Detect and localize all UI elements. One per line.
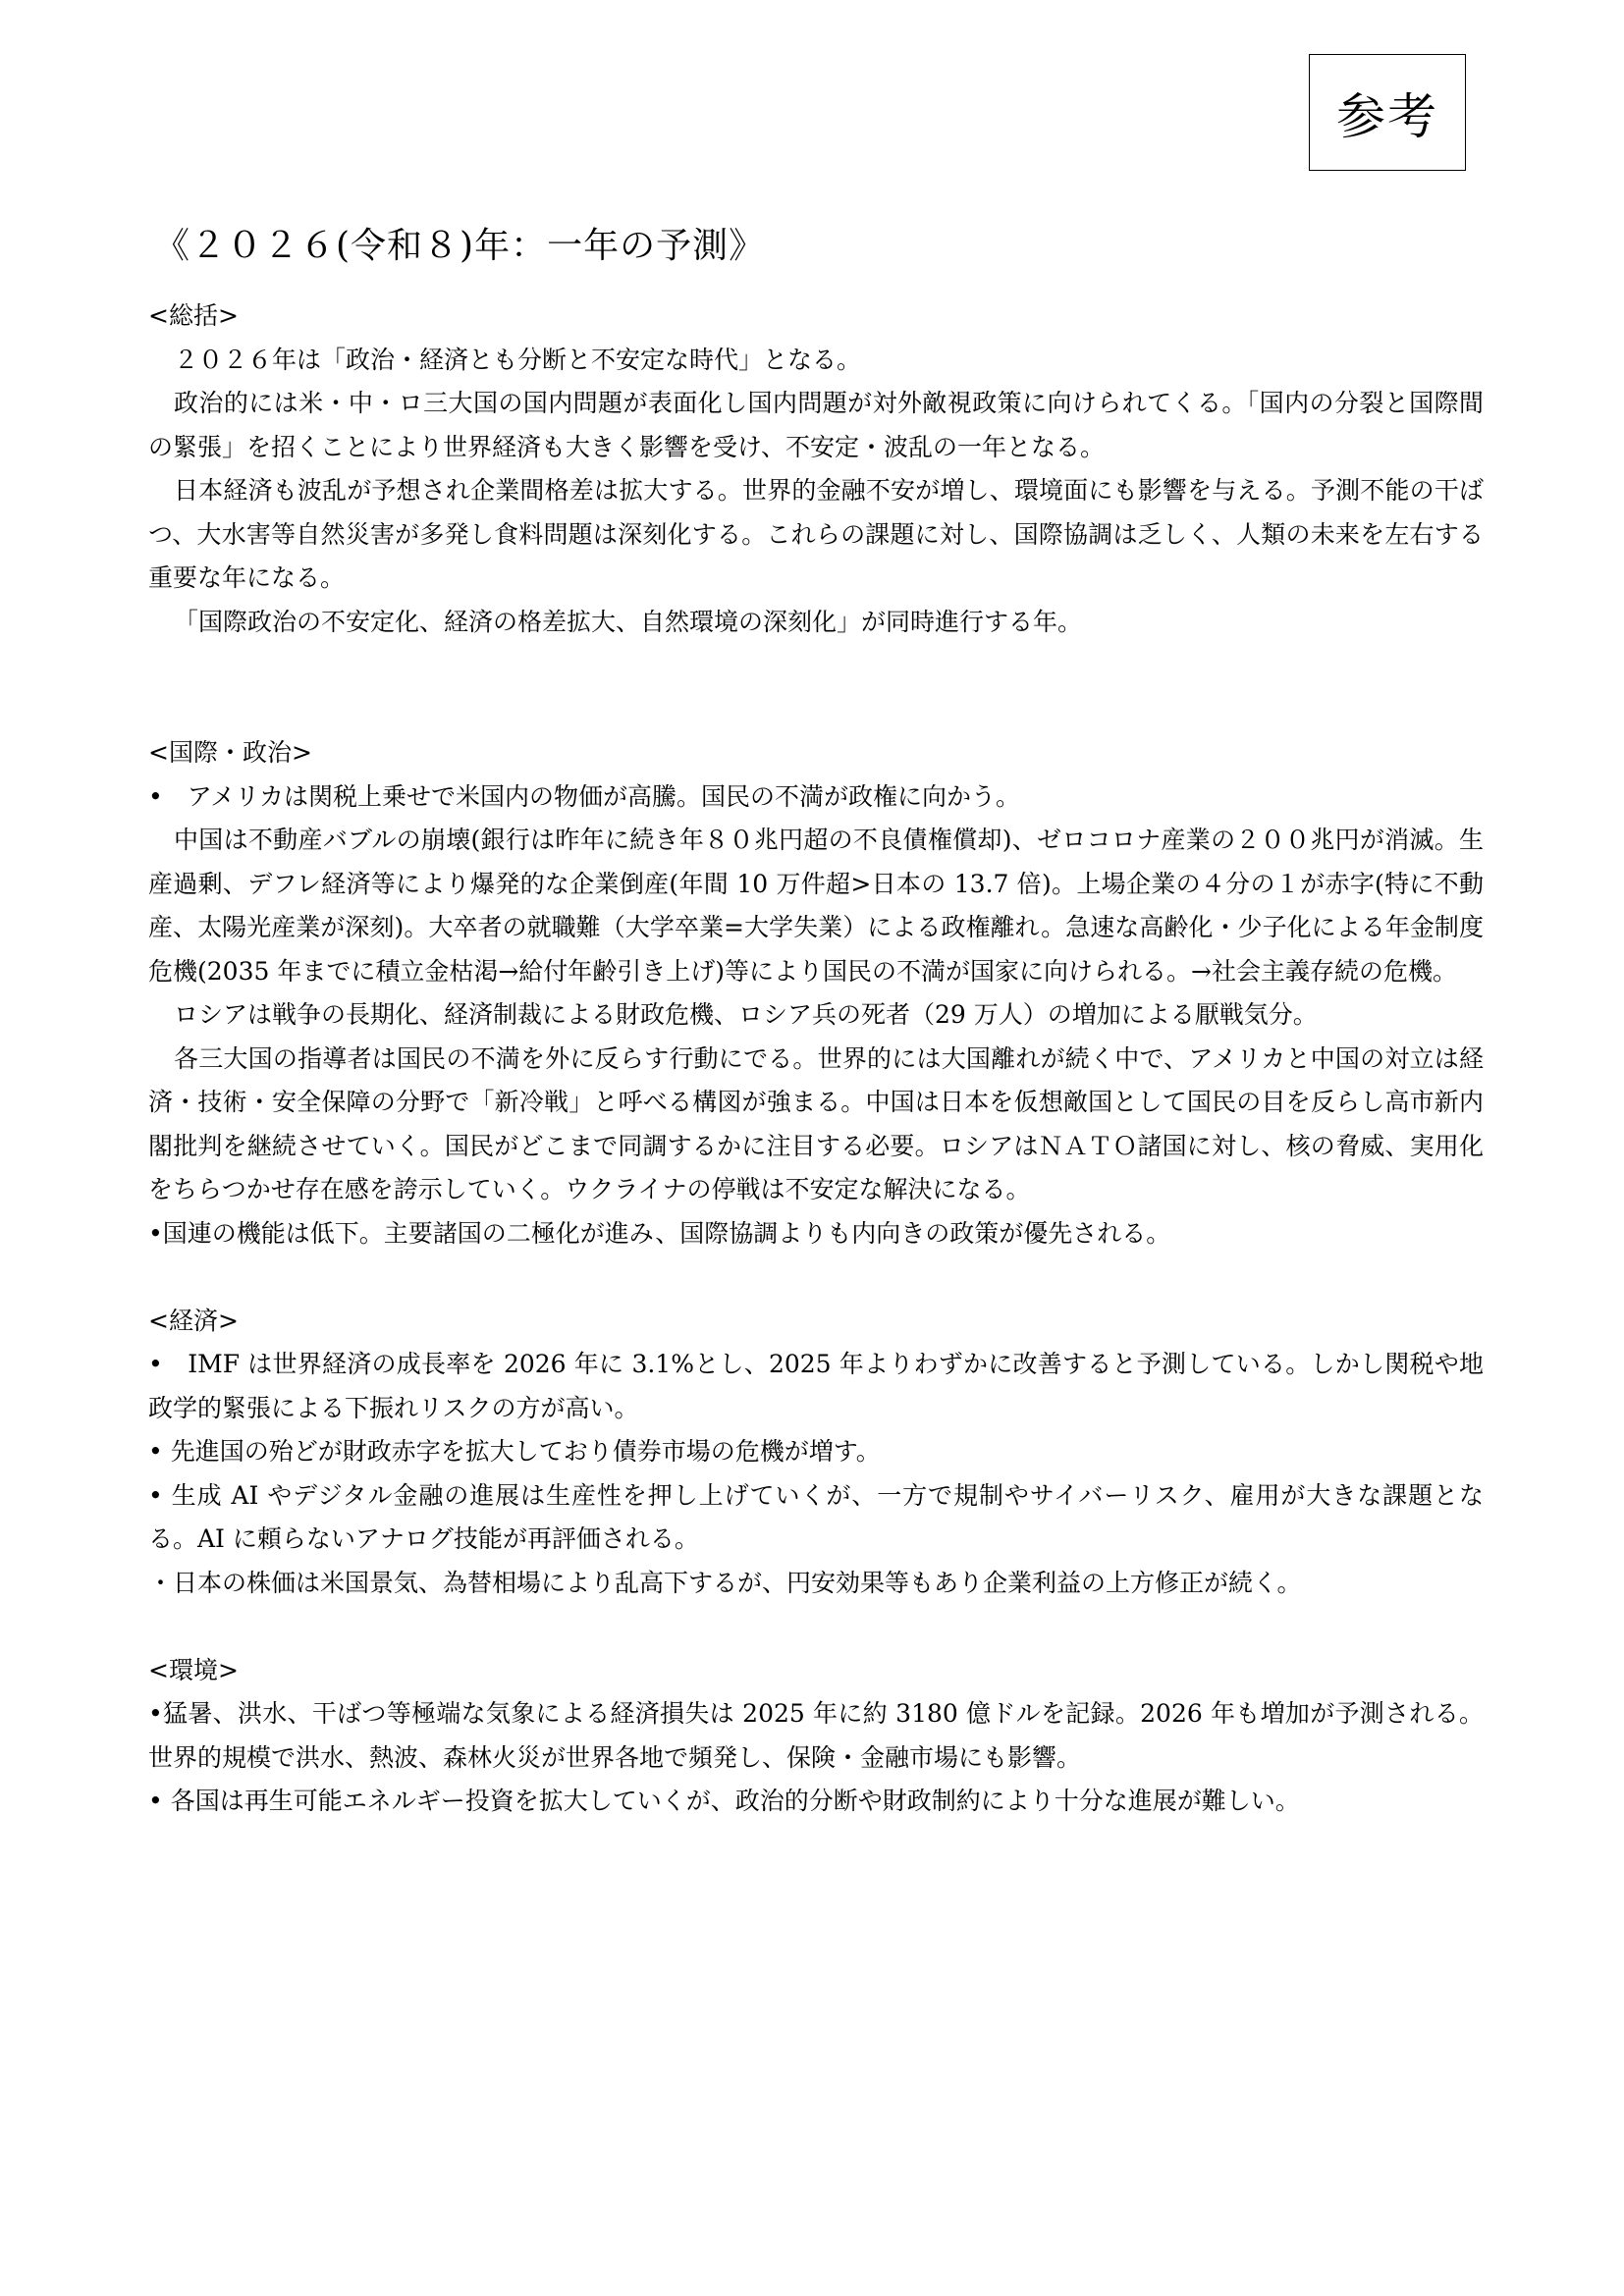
summary-paragraph: 日本経済も波乱が予想され企業間格差は拡大する。世界的金融不安が増し、環境面にも影…	[148, 469, 1484, 601]
summary-paragraph: 「国際政治の不安定化、経済の格差拡大、自然環境の深刻化」が同時進行する年。	[148, 601, 1484, 645]
politics-paragraph: 中国は不動産バブルの崩壊(銀行は昨年に続き年８０兆円超の不良債権償却)、ゼロコロ…	[148, 819, 1484, 993]
section-spacer	[148, 1605, 1484, 1649]
summary-paragraph: 政治的には米・中・ロ三大国の国内問題が表面化し国内問題が対外敵視政策に向けられて…	[148, 382, 1484, 469]
section-heading-environment: <環境>	[148, 1649, 1484, 1693]
section-summary: <総括> ２０２６年は「政治・経済とも分断と不安定な時代」となる。 政治的には米…	[148, 294, 1484, 644]
reference-stamp-label: 参考	[1336, 78, 1438, 148]
section-politics: <国際・政治> • アメリカは関税上乗せで米国内の物価が高騰。国民の不満が政権に…	[148, 731, 1484, 1255]
reference-stamp-box: 参考	[1309, 54, 1466, 171]
section-economy: <経済> • IMF は世界経済の成長率を 2026 年に 3.1%とし、202…	[148, 1300, 1484, 1606]
politics-paragraph: ロシアは戦争の長期化、経済制裁による財政危機、ロシア兵の死者（29 万人）の増加…	[148, 993, 1484, 1038]
section-spacer	[148, 688, 1484, 732]
economy-bullet-item: • 生成 AI やデジタル金融の進展は生産性を押し上げていくが、一方で規制やサイ…	[148, 1474, 1484, 1562]
economy-bullet-item: • 先進国の殆どが財政赤字を拡大しており債券市場の危機が増す。	[148, 1430, 1484, 1474]
document-body: <総括> ２０２６年は「政治・経済とも分断と不安定な時代」となる。 政治的には米…	[148, 294, 1484, 1824]
section-heading-economy: <経済>	[148, 1300, 1484, 1344]
section-spacer	[148, 644, 1484, 688]
environment-bullet-item: •猛暑、洪水、干ばつ等極端な気象による経済損失は 2025 年に約 3180 億…	[148, 1692, 1484, 1780]
politics-paragraph: 各三大国の指導者は国民の不満を外に反らす行動にでる。世界的には大国離れが続く中で…	[148, 1038, 1484, 1212]
economy-bullet-item: • IMF は世界経済の成長率を 2026 年に 3.1%とし、2025 年より…	[148, 1343, 1484, 1430]
politics-bullet-item: • アメリカは関税上乗せで米国内の物価が高騰。国民の不満が政権に向かう。	[148, 775, 1484, 820]
document-title: 《２０２６(令和８)年：一年の予測》	[154, 218, 765, 268]
summary-paragraph: ２０２６年は「政治・経済とも分断と不安定な時代」となる。	[148, 339, 1484, 383]
environment-bullet-item: • 各国は再生可能エネルギー投資を拡大していくが、政治的分断や財政制約により十分…	[148, 1780, 1484, 1824]
section-heading-summary: <総括>	[148, 294, 1484, 339]
section-heading-politics: <国際・政治>	[148, 731, 1484, 775]
section-environment: <環境> •猛暑、洪水、干ばつ等極端な気象による経済損失は 2025 年に約 3…	[148, 1649, 1484, 1824]
economy-bullet-item: ・日本の株価は米国景気、為替相場により乱高下するが、円安効果等もあり企業利益の上…	[148, 1562, 1484, 1606]
politics-bullet-item: •国連の機能は低下。主要諸国の二極化が進み、国際協調よりも内向きの政策が優先され…	[148, 1212, 1484, 1256]
section-spacer	[148, 1255, 1484, 1300]
